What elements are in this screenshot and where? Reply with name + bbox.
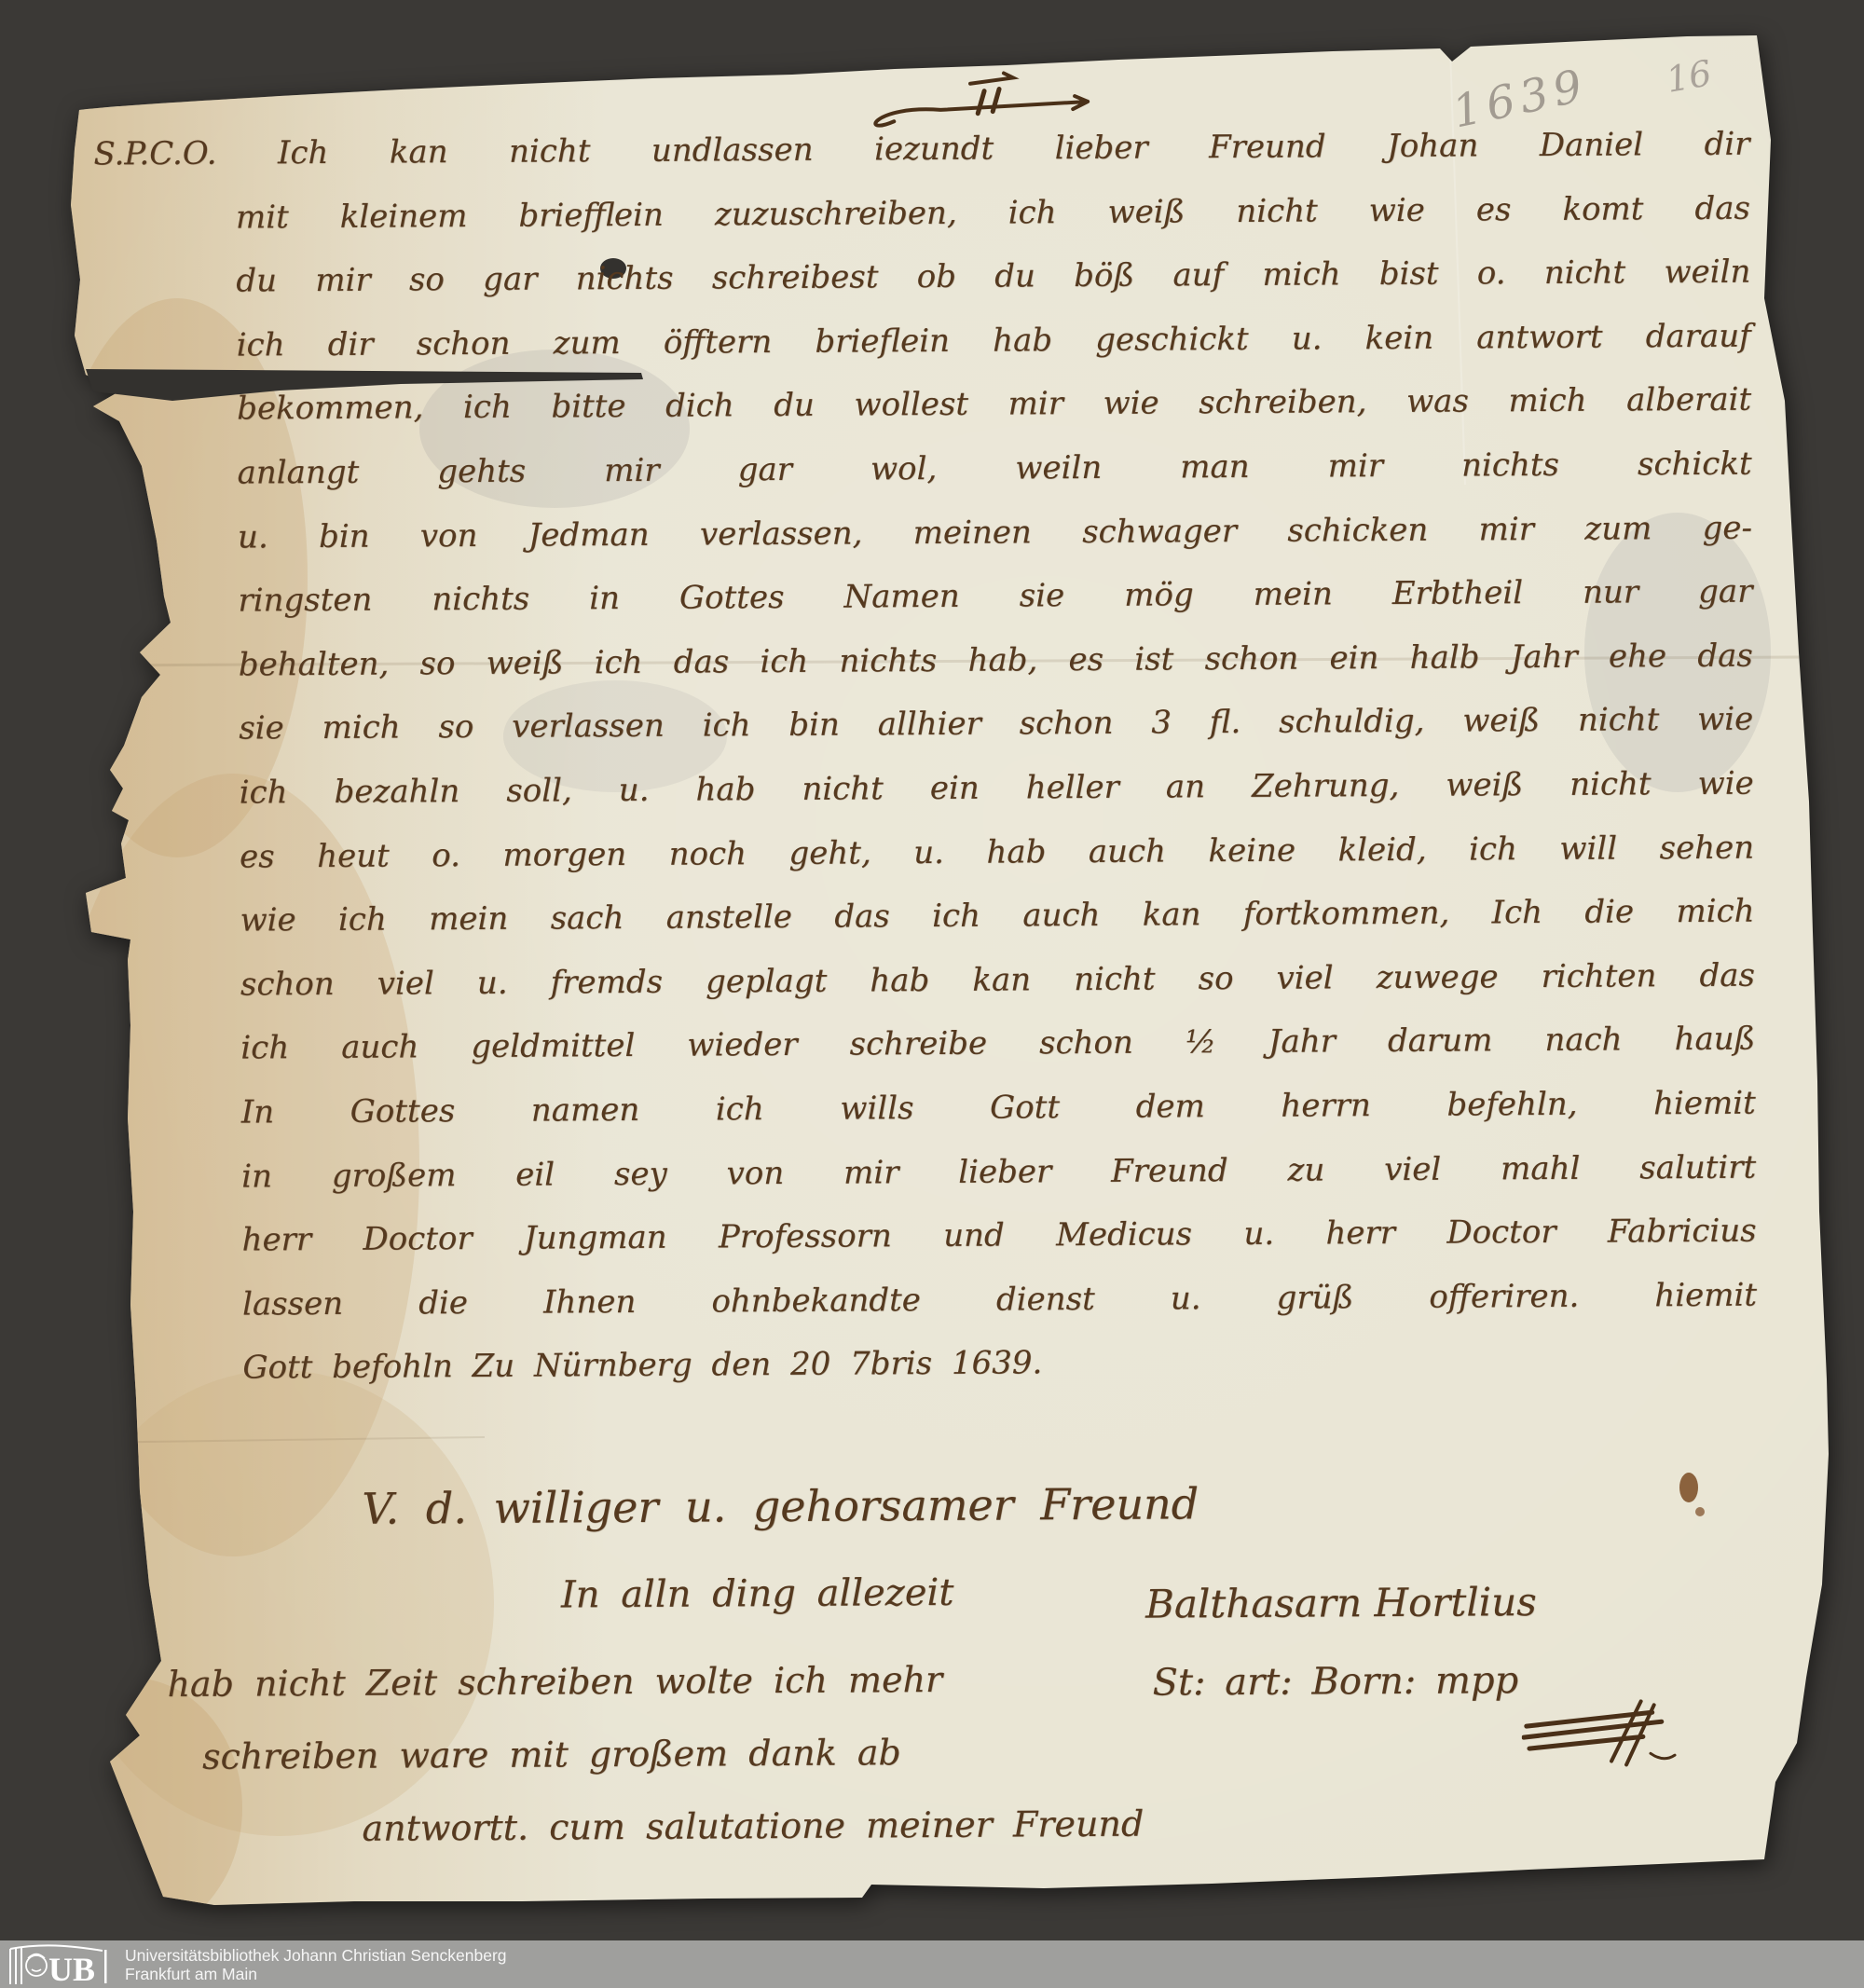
manuscript-line: lassen die Ihnen ohnbekandte dienst u. g… [242, 1263, 1757, 1337]
manuscript-line: Gott befohln Zu Nürnberg den 20 7bris 16… [242, 1327, 1757, 1401]
manuscript-line: herr Doctor Jungman Professorn und Medic… [241, 1200, 1756, 1273]
manuscript-line: ich dir schon zum öfftern brieflein hab … [237, 304, 1751, 377]
manuscript-line: ich auch geldmittel wieder schreibe scho… [240, 1008, 1755, 1081]
library-name: Universitätsbibliothek Johann Christian … [125, 1946, 507, 1965]
manuscript-line: ich bezahln soll, u. hab nicht ein helle… [239, 752, 1753, 826]
manuscript-line: es heut o. morgen noch geht, u. hab auch… [240, 816, 1754, 889]
handwritten-letter: S.P.C.O. Ich kan nicht undlassen iezundt… [0, 0, 1864, 1988]
postscript-line: hab nicht Zeit schreiben wolte ich mehr [167, 1659, 942, 1705]
letter-body: S.P.C.O. Ich kan nicht undlassen iezundt… [235, 113, 1757, 1401]
manuscript-line: In Gottes namen ich wills Gott dem herrn… [241, 1072, 1756, 1145]
manuscript-line: wie ich mein sach anstelle das ich auch … [240, 880, 1754, 953]
ub-library-logo-icon: UB [4, 1942, 110, 1987]
manuscript-line: ringsten nichts in Gottes Namen sie mög … [238, 560, 1752, 634]
library-name-block: Universitätsbibliothek Johann Christian … [125, 1946, 507, 1983]
manuscript-line: du mir so gar nichts schreibest ob du bö… [236, 240, 1750, 314]
valediction-line: In alln ding allezeit [561, 1571, 954, 1617]
manuscript-line: in großem eil sey von mir lieber Freund … [241, 1135, 1756, 1209]
manuscript-line: mit kleinem briefflein zuzuschreiben, ic… [236, 176, 1750, 250]
valediction-line: V. d. williger u. gehorsamer Freund [362, 1478, 1199, 1533]
library-city: Frankfurt am Main [125, 1965, 507, 1983]
postscript-line: antwortt. cum salutatione meiner Freund [362, 1803, 1144, 1849]
library-footer-bar: UB Universitätsbibliothek Johann Christi… [0, 1940, 1864, 1988]
manuscript-line: schon viel u. fremds geplagt hab kan nic… [240, 943, 1755, 1017]
ub-logo-text: UB [48, 1951, 95, 1987]
manuscript-line: bekommen, ich bitte dich du wollest mir … [237, 368, 1751, 442]
manuscript-line: anlangt gehts mir gar wol, weiln man mir… [237, 432, 1751, 506]
scan-background: S.P.C.O. Ich kan nicht undlassen iezundt… [0, 0, 1864, 1988]
manuscript-line: sie mich so verlassen ich bin allhier sc… [239, 688, 1753, 761]
postscript-line: schreiben ware mit großem dank ab [202, 1732, 901, 1777]
pencil-folio-number: 16 [1664, 52, 1715, 101]
signature-title: St: art: Born: mpp [1152, 1659, 1518, 1704]
signature-flourish [1522, 1699, 1680, 1775]
manuscript-line: u. bin von Jedman verlassen, meinen schw… [238, 496, 1752, 569]
signature-name: Balthasarn Hortlius [1145, 1579, 1537, 1627]
manuscript-line: behalten, so weiß ich das ich nichts hab… [239, 624, 1753, 697]
